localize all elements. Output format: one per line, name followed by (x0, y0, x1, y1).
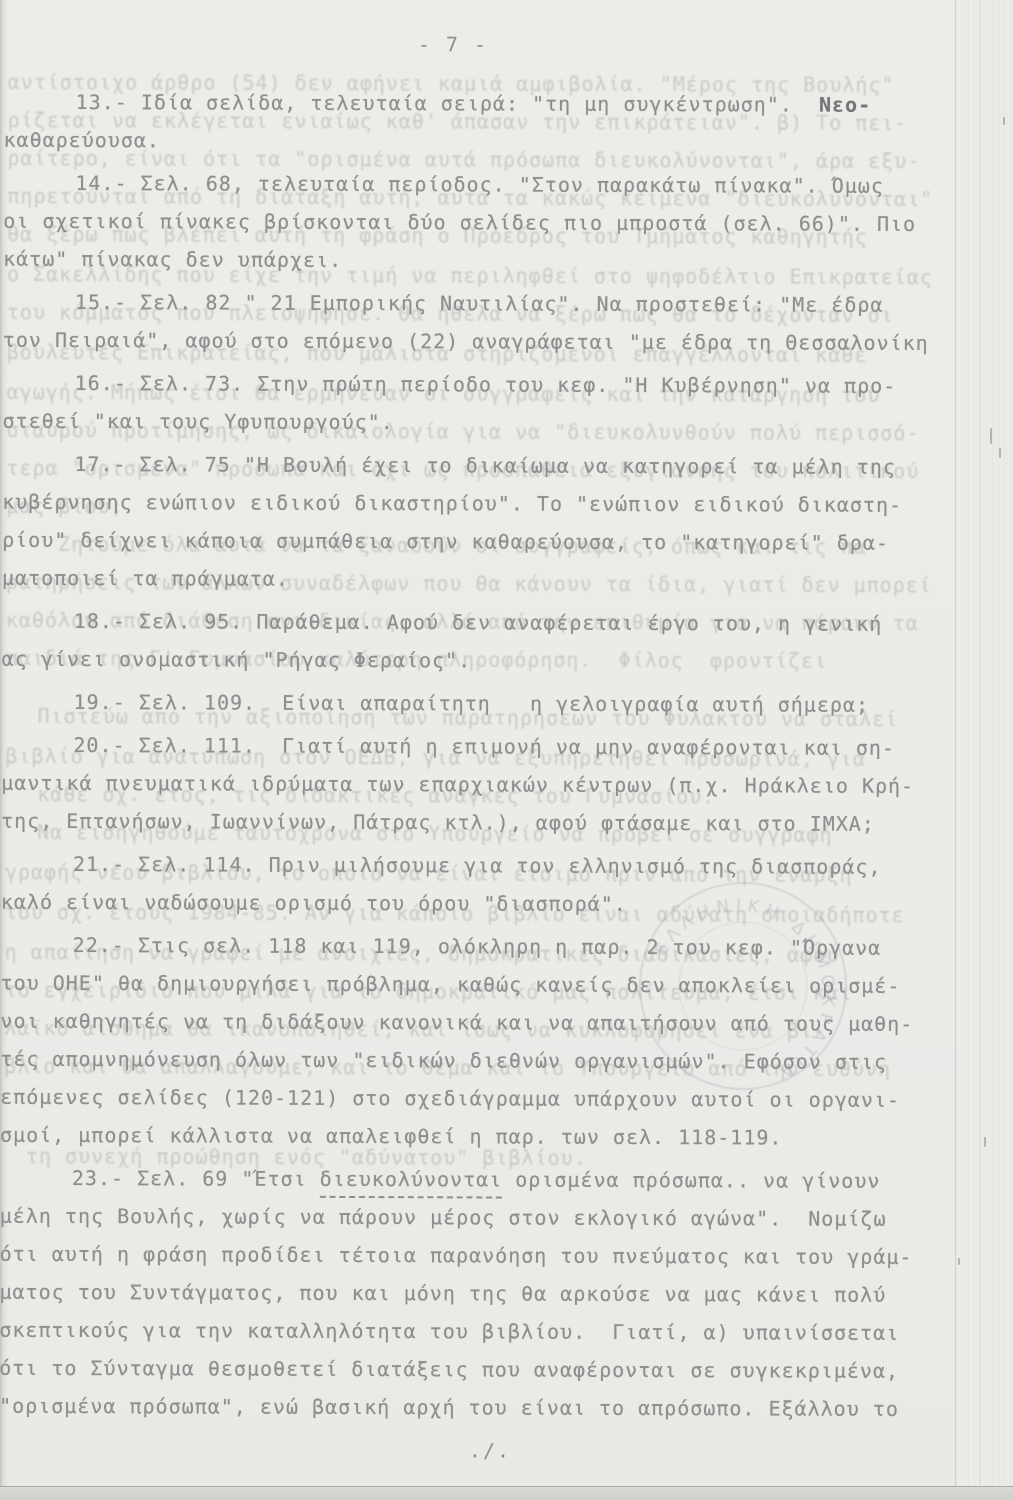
text-line: καλό είναι ναδώσουμε ορισμό του όρου "δι… (1, 883, 961, 924)
text-line: 20.- Σελ. 111. Γιατί αυτή η επιμονή να μ… (1, 726, 961, 767)
text-line: 19.- Σελ. 109. Είναι απαραίτητη η γελοιγ… (1, 683, 961, 724)
text-run: ορισμένα πρόσωπα.. να γίνουν (502, 1168, 880, 1193)
typed-text-layer: - 7 - 13.- Ιδία σελίδα, τελευταία σειρά:… (0, 0, 1013, 1500)
text-run: 13.- Ιδία σελίδα, τελευταία σειρά: "τη μ… (76, 90, 819, 117)
paragraph: 14.- Σελ. 68, τελευταία περίοδος. "Στον … (3, 164, 963, 281)
page-number: - 7 - (418, 32, 488, 56)
paragraph: 13.- Ιδία σελίδα, τελευταία σειρά: "τη μ… (3, 83, 963, 162)
text-run: μαντικά πνευματικά ιδρύματα των επαρχιακ… (1, 771, 914, 798)
paragraph: 22.- Στις σελ. 118 και 119, ολόκληρη η π… (0, 926, 961, 1157)
text-run: ας γίνει ονομαστική "Ρήγας Φεραίος". (2, 647, 472, 673)
text-run: ότι αυτή η φράση προδίδει τέτοια παρανόη… (0, 1242, 913, 1269)
text-run: κυβέρνησης ενώπιον ειδικού δικαστηρίου".… (2, 490, 902, 517)
text-run: ότι το Σύνταγμα θεσμοθετεί διατάξεις που… (0, 1356, 899, 1383)
continuation-mark: ./. (469, 1438, 511, 1462)
text-line: μαντικά πνευματικά ιδρύματα των επαρχιακ… (1, 764, 961, 805)
text-run: 18.- Σελ. 95. Παράθεμα. Αφού δεν αναφέρε… (74, 609, 883, 636)
text-run: 21.- Σελ. 114. Πριν μιλήσουμε για τον ελ… (73, 852, 882, 879)
text-line: οι σχετικοί πίνακες βρίσκονται δύο σελίδ… (3, 202, 963, 243)
text-run: τές απομνημόνευση όλων των "ειδικών διεθ… (0, 1047, 887, 1074)
text-run: "ορισμένα πρόσωπα", ενώ βασική αρχή του … (0, 1394, 899, 1421)
scanned-document-page: αντίστοιχο άρθρο (54) δεν αφήνει καμιά α… (0, 0, 1013, 1500)
text-run: της, Επτανήσων, Ιωαννίνων, Πάτρας κτλ.),… (1, 809, 875, 836)
text-run: στεθεί "και τους Υφυπουργούς". (2, 409, 393, 434)
text-line: 13.- Ιδία σελίδα, τελευταία σειρά: "τη μ… (4, 83, 964, 124)
text-run: 17.- Σελ. 75 "Η Βουλή έχει το δικαίωμα ν… (74, 452, 896, 479)
text-flow: 13.- Ιδία σελίδα, τελευταία σειρά: "τη μ… (0, 83, 964, 1428)
text-run: 14.- Σελ. 68, τελευταία περίοδος. "Στον … (75, 171, 884, 198)
paragraph: 16.- Σελ. 73. Στην πρώτη περίοδο του κεφ… (2, 364, 962, 443)
text-line: μέλη της Βουλής, χωρίς να πάρουν μέρος σ… (0, 1197, 960, 1238)
text-line: σμοί, μπορεί κάλλιστα να απαλειφθεί η πα… (0, 1116, 960, 1157)
text-run: του ΟΗΕ" θα δημιουργήσει πρόβλημα, καθώς… (1, 971, 901, 998)
text-run: κάτω" πίνακας δεν υπάρχει. (3, 247, 342, 272)
text-line: καθαρεύουσα. (3, 121, 963, 162)
text-line: του ΟΗΕ" θα δημιουργήσει πρόβλημα, καθώς… (0, 964, 960, 1005)
text-line: κυβέρνησης ενώπιον ειδικού δικαστηρίου".… (2, 483, 962, 524)
text-line: 14.- Σελ. 68, τελευταία περίοδος. "Στον … (3, 164, 963, 205)
text-line: ματος του Συντάγματος, που και μόνη της … (0, 1273, 960, 1314)
text-line: 15.- Σελ. 82 " 21 Εμπορικής Ναυτιλίας". … (3, 283, 963, 324)
text-run: τον Πειραιά", αφού στο επόμενο (22) αναγ… (3, 328, 929, 355)
text-run: σμοί, μπορεί κάλλιστα να απαλειφθεί η πα… (0, 1123, 783, 1150)
text-line: 18.- Σελ. 95. Παράθεμα. Αφού δεν αναφέρε… (2, 602, 962, 643)
paragraph: 21.- Σελ. 114. Πριν μιλήσουμε για τον ελ… (1, 845, 961, 924)
text-line: "ορισμένα πρόσωπα", ενώ βασική αρχή του … (0, 1387, 959, 1428)
text-line: κάτω" πίνακας δεν υπάρχει. (3, 240, 963, 281)
overstruck-word: Νεο- (819, 93, 871, 117)
text-run: 15.- Σελ. 82 " 21 Εμπορικής Ναυτιλίας". … (75, 290, 884, 317)
paragraph: 20.- Σελ. 111. Γιατί αυτή η επιμονή να μ… (1, 726, 961, 843)
text-line: ότι το Σύνταγμα θεσμοθετεί διατάξεις που… (0, 1349, 959, 1390)
text-run: 20.- Σελ. 111. Γιατί αυτή η επιμονή να μ… (73, 733, 895, 760)
text-run: νοι καθηγητές να τη διδάξουν κανονικά κα… (0, 1009, 913, 1036)
text-run: ματοποιεί τα πράγματα. (2, 566, 289, 591)
text-run: επόμενες σελίδες (120-121) στο σχεδιάγρα… (0, 1085, 900, 1112)
text-run: καλό είναι ναδώσουμε ορισμό του όρου "δι… (1, 890, 627, 916)
underlined-word: διευκολύνονται (320, 1167, 503, 1199)
text-run: 23.- Σελ. 69 "Έτσι (72, 1166, 320, 1191)
text-run: καθαρεύουσα. (3, 128, 160, 153)
text-line: ρίου" δείχνει κάποια συμπάθεια στην καθα… (2, 521, 962, 562)
text-line: επόμενες σελίδες (120-121) στο σχεδιάγρα… (0, 1078, 960, 1119)
text-run: ρίου" δείχνει κάποια συμπάθεια στην καθα… (2, 528, 889, 555)
text-line: ματοποιεί τα πράγματα. (2, 559, 962, 600)
paragraph: 23.- Σελ. 69 "Έτσι διευκολύνονται ορισμέ… (0, 1159, 960, 1428)
text-run: σκεπτικούς για την καταλληλότητα του βιβ… (0, 1318, 899, 1345)
text-run: μέλη της Βουλής, χωρίς να πάρουν μέρος σ… (0, 1204, 887, 1231)
text-line: της, Επτανήσων, Ιωαννίνων, Πάτρας κτλ.),… (1, 802, 961, 843)
text-line: ας γίνει ονομαστική "Ρήγας Φεραίος". (2, 640, 962, 681)
text-line: 21.- Σελ. 114. Πριν μιλήσουμε για τον ελ… (1, 845, 961, 886)
text-run: ματος του Συντάγματος, που και μόνη της … (0, 1280, 886, 1307)
text-run: 22.- Στις σελ. 118 και 119, ολόκληρη η π… (73, 933, 882, 960)
text-run: 16.- Σελ. 73. Στην πρώτη περίοδο του κεφ… (75, 371, 897, 398)
text-line: 23.- Σελ. 69 "Έτσι διευκολύνονται ορισμέ… (0, 1159, 960, 1200)
text-line: στεθεί "και τους Υφυπουργούς". (2, 402, 962, 443)
text-line: τές απομνημόνευση όλων των "ειδικών διεθ… (0, 1040, 960, 1081)
text-line: 16.- Σελ. 73. Στην πρώτη περίοδο του κεφ… (3, 364, 963, 405)
text-run: 19.- Σελ. 109. Είναι απαραίτητη η γελοιγ… (74, 690, 870, 717)
paragraph: 17.- Σελ. 75 "Η Βουλή έχει το δικαίωμα ν… (2, 445, 963, 600)
text-line: ότι αυτή η φράση προδίδει τέτοια παρανόη… (0, 1235, 960, 1276)
text-line: σκεπτικούς για την καταλληλότητα του βιβ… (0, 1311, 959, 1352)
text-line: 17.- Σελ. 75 "Η Βουλή έχει το δικαίωμα ν… (2, 445, 962, 486)
text-line: 22.- Στις σελ. 118 και 119, ολόκληρη η π… (1, 926, 961, 967)
text-line: νοι καθηγητές να τη διδάξουν κανονικά κα… (0, 1002, 960, 1043)
paragraph: 15.- Σελ. 82 " 21 Εμπορικής Ναυτιλίας". … (3, 283, 963, 362)
paragraph: 19.- Σελ. 109. Είναι απαραίτητη η γελοιγ… (1, 683, 961, 724)
text-line: τον Πειραιά", αφού στο επόμενο (22) αναγ… (3, 321, 963, 362)
paragraph: 18.- Σελ. 95. Παράθεμα. Αφού δεν αναφέρε… (2, 602, 962, 681)
text-run: οι σχετικοί πίνακες βρίσκονται δύο σελίδ… (3, 209, 916, 236)
